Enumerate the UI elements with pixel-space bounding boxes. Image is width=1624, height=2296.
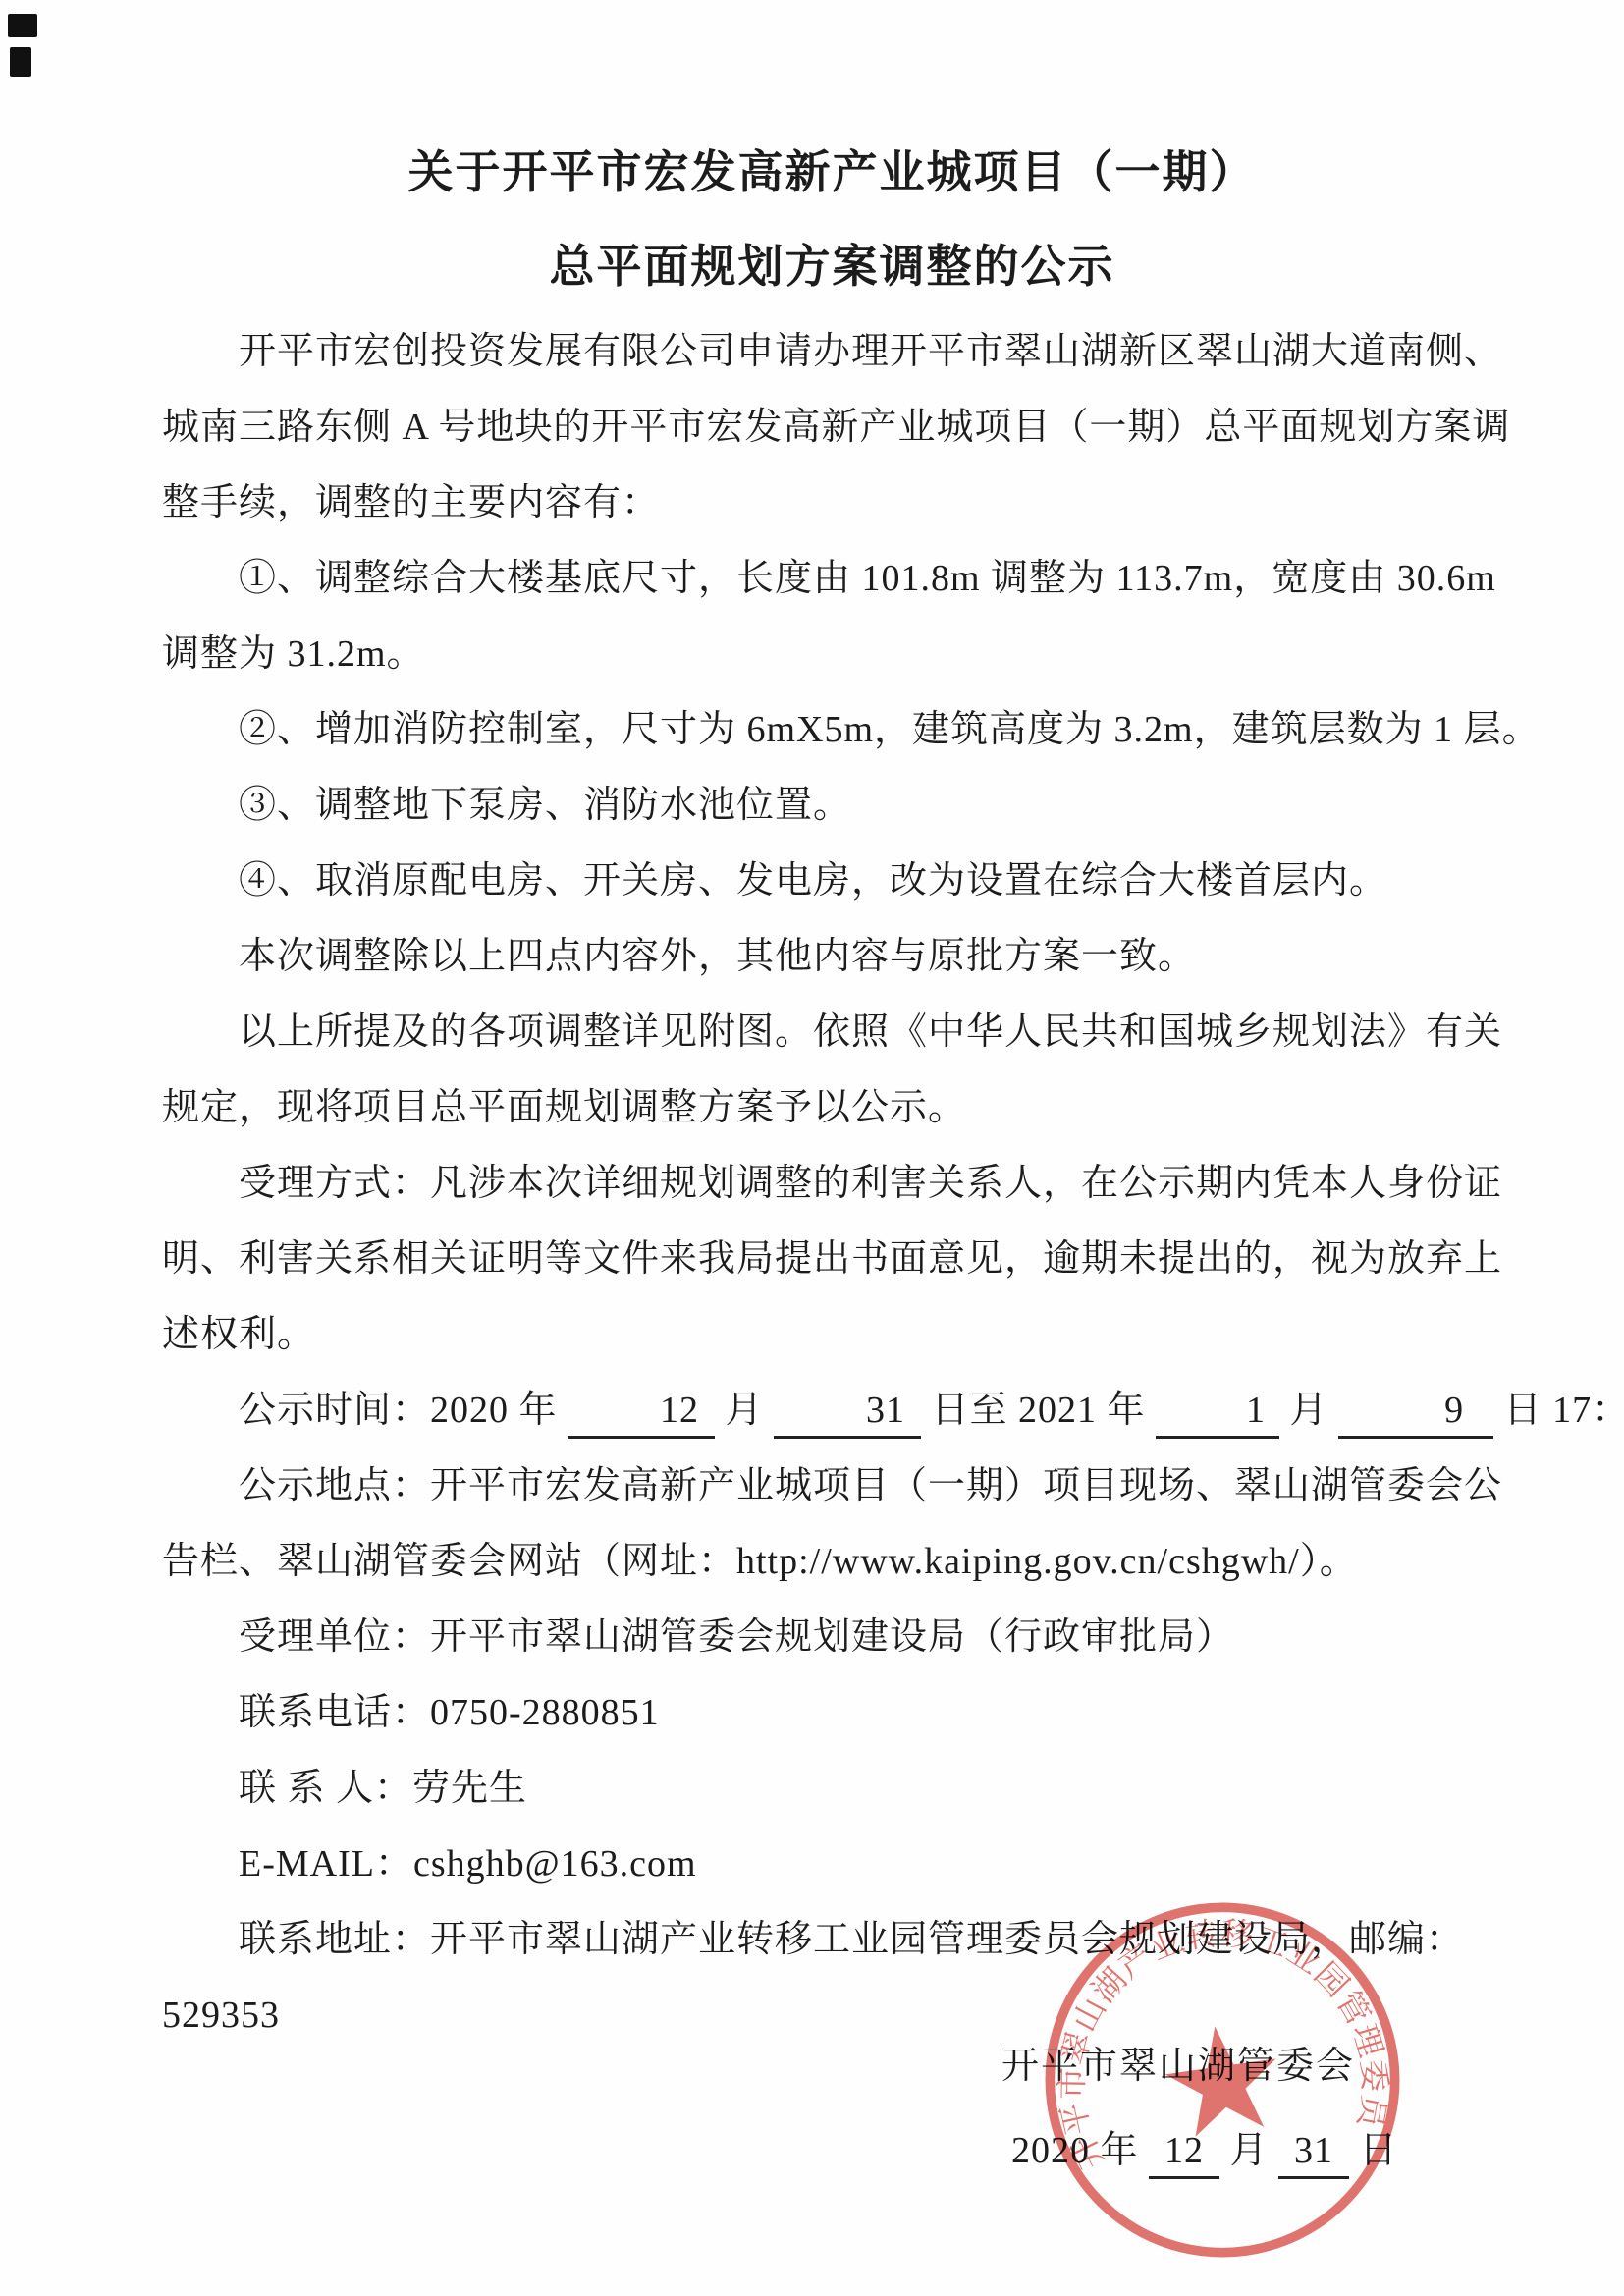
acceptance-method-line: 受理方式：凡涉本次详细规划调整的利害关系人，在公示期内凭本人身份证 [162,1146,1502,1222]
contact-phone-line: 联系电话：0750-2880851 [162,1675,1502,1751]
body-line: 开平市宏创投资发展有限公司申请办理开平市翠山湖新区翠山湖大道南侧、 [162,314,1502,390]
publicity-location-line: 公示地点：开平市宏发高新产业城项目（一期）项目现场、翠山湖管委会公 [162,1449,1502,1524]
body-line: 规定，现将项目总平面规划调整方案予以公示。 [162,1070,1502,1146]
notice-title-line-2: 总平面规划方案调整的公示 [162,220,1502,314]
body-line: 整手续，调整的主要内容有： [162,465,1502,541]
issue-date-prefix: 2020 年 [1011,2130,1139,2171]
adjustment-item-3: ③、调整地下泵房、消防水池位置。 [162,768,1502,844]
body-line: 城南三路东侧 A 号地块的开平市宏发高新产业城项目（一期）总平面规划方案调 [162,390,1502,465]
body-line: 以上所提及的各项调整详见附图。依照《中华人民共和国城乡规划法》有关 [162,995,1502,1070]
notice-body: 关于开平市宏发高新产业城项目（一期） 总平面规划方案调整的公示 开平市宏创投资发… [162,126,1502,2053]
document-page: 关于开平市宏发高新产业城项目（一期） 总平面规划方案调整的公示 开平市宏创投资发… [0,0,1624,2296]
issue-date-month: 12 [1149,2125,1219,2179]
issuer-signature: 开平市翠山湖管委会 [1001,2035,1355,2089]
acceptance-unit-line: 受理单位：开平市翠山湖管委会规划建设局（行政审批局） [162,1600,1502,1675]
period-sep2: 月 [1290,1390,1328,1431]
scan-artifact [10,47,31,77]
contact-person-line: 联 系 人：劳先生 [162,1751,1502,1827]
acceptance-method-line: 述权利。 [162,1297,1502,1373]
issue-date-line: 2020 年 12 月 31 日 [1011,2119,1398,2179]
period-prefix: 公示时间：2020 年 [239,1390,558,1431]
period-end-month: 1 [1156,1385,1279,1439]
issue-date-day: 31 [1278,2125,1349,2179]
contact-address-line: 联系地址：开平市翠山湖产业转移工业园管理委员会规划建设局，邮编： [162,1902,1502,1978]
issue-date-sep: 月 [1230,2130,1269,2171]
scan-artifact [8,14,37,37]
period-start-month: 12 [568,1385,715,1439]
period-start-day: 31 [774,1385,921,1439]
adjustment-item-2: ②、增加消防控制室，尺寸为 6mX5m，建筑高度为 3.2m，建筑层数为 1 层… [162,692,1502,768]
adjustment-item-4: ④、取消原配电房、开关房、发电房，改为设置在综合大楼首层内。 [162,844,1502,919]
issue-date-suffix: 日 [1360,2130,1398,2171]
publicity-location-line: 告栏、翠山湖管委会网站（网址：http://www.kaiping.gov.cn… [162,1524,1502,1600]
contact-email-line: E-MAIL：cshghb@163.com [162,1827,1502,1902]
body-line: 本次调整除以上四点内容外，其他内容与原批方案一致。 [162,919,1502,995]
notice-title-line-1: 关于开平市宏发高新产业城项目（一期） [162,126,1502,220]
period-end-day: 9 [1338,1385,1493,1439]
period-suffix: 日 17：30 时止。 [1504,1390,1624,1431]
adjustment-item-1: ①、调整综合大楼基底尺寸，长度由 101.8m 调整为 113.7m，宽度由 3… [162,541,1502,617]
acceptance-method-line: 明、利害关系相关证明等文件来我局提出书面意见，逾期未提出的，视为放弃上 [162,1222,1502,1297]
period-sep: 月 [726,1390,764,1431]
adjustment-item-1-cont: 调整为 31.2m。 [162,617,1502,692]
period-mid: 日至 2021 年 [932,1390,1146,1431]
publicity-period-line: 公示时间：2020 年 12 月 31 日至 2021 年 1 月 9 日 17… [162,1373,1502,1449]
